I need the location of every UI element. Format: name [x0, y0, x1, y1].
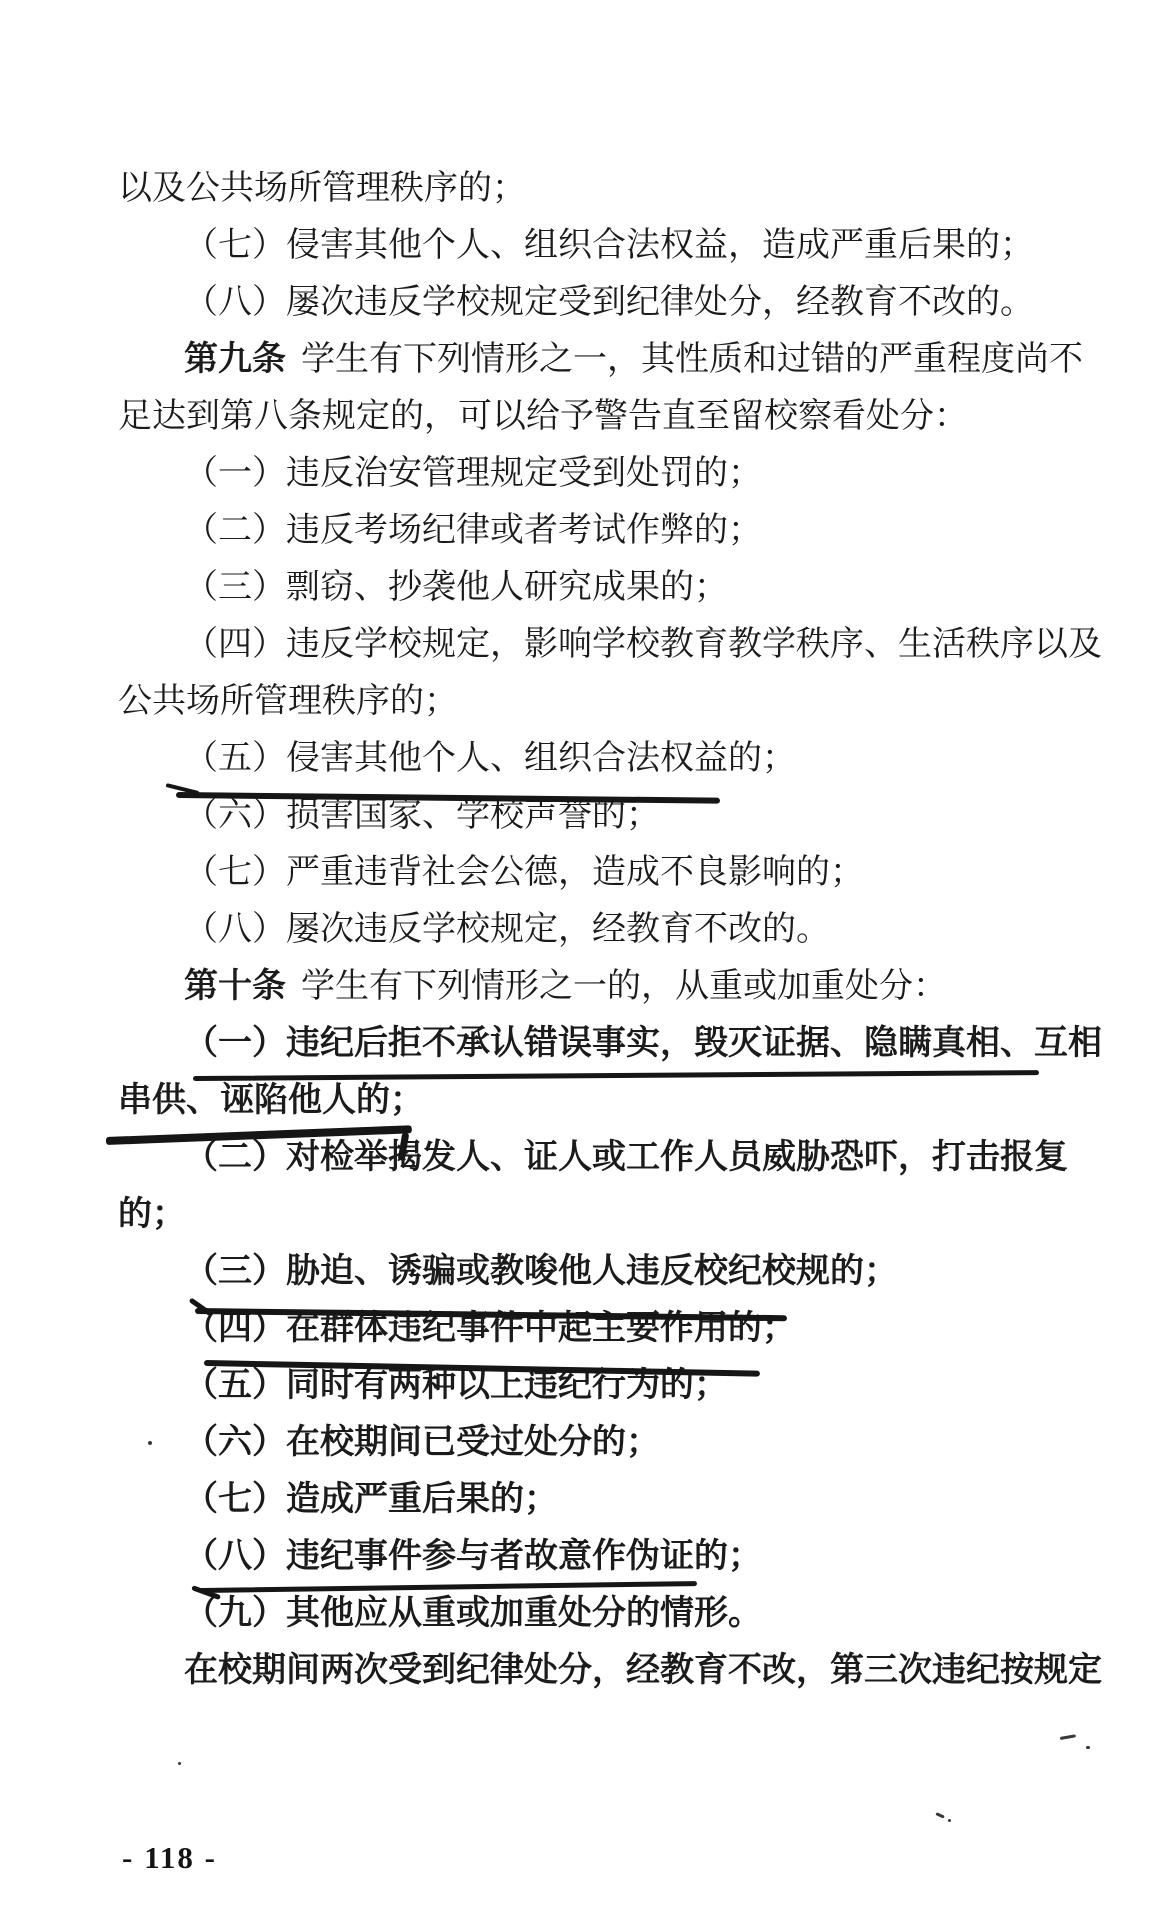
line-text: （二）对检举揭发人、证人或工作人员威胁恐吓，打击报复: [184, 1138, 1068, 1176]
line-text: 以及公共场所管理秩序的；: [118, 170, 526, 207]
line-text: （九）其他应从重或加重处分的情形。: [184, 1594, 762, 1632]
text-line: （一）违纪后拒不承认错误事实，毁灭证据、隐瞒真相、互相: [118, 1015, 1102, 1072]
line-text: （六）在校期间已受过处分的；: [184, 1423, 660, 1461]
text-line: 的；: [118, 1186, 186, 1243]
scan-speck: [178, 1762, 181, 1765]
line-text: 足达到第八条规定的，可以给予警告直至留校察看处分：: [118, 398, 968, 435]
text-line: 以及公共场所管理秩序的；: [118, 160, 526, 217]
article-number: 第九条: [184, 341, 286, 378]
article-number: 第十条: [184, 968, 286, 1005]
line-text: 在校期间两次受到纪律处分，经教育不改，第三次违纪按规定: [184, 1651, 1102, 1689]
scan-speck: [948, 1819, 951, 1822]
text-line: （一）违反治安管理规定受到处罚的；: [118, 445, 762, 502]
line-text: （二）违反考场纪律或者考试作弊的；: [184, 512, 762, 549]
line-text: （八）违纪事件参与者故意作伪证的；: [184, 1537, 762, 1575]
scan-speck: [1060, 1734, 1076, 1740]
text-line: （三）胁迫、诱骗或教唆他人违反校纪校规的；: [118, 1243, 898, 1300]
text-line: 第九条学生有下列情形之一，其性质和过错的严重程度尚不: [118, 331, 1083, 388]
line-text: （五）侵害其他个人、组织合法权益的；: [184, 740, 796, 777]
text-line: （七）侵害其他个人、组织合法权益，造成严重后果的；: [118, 217, 1034, 274]
line-text: 串供、诬陷他人的；: [118, 1081, 424, 1119]
scan-speck: [148, 1441, 152, 1445]
line-text: （七）侵害其他个人、组织合法权益，造成严重后果的；: [184, 227, 1034, 264]
line-text: （七）严重违背社会公德，造成不良影响的；: [184, 854, 864, 891]
line-text: （四）违反学校规定，影响学校教育教学秩序、生活秩序以及: [184, 626, 1102, 663]
line-text: （一）违反治安管理规定受到处罚的；: [184, 455, 762, 492]
text-line: （三）剽窃、抄袭他人研究成果的；: [118, 559, 728, 616]
scan-speck: [1086, 1746, 1090, 1749]
text-line: （六）在校期间已受过处分的；: [118, 1414, 660, 1471]
line-text: （三）胁迫、诱骗或教唆他人违反校纪校规的；: [184, 1252, 898, 1290]
page-number: - 118 -: [122, 1840, 217, 1876]
text-line: 第十条学生有下列情形之一的，从重或加重处分：: [118, 958, 947, 1015]
text-line: （八）违纪事件参与者故意作伪证的；: [118, 1528, 762, 1585]
line-text: 学生有下列情形之一的，从重或加重处分：: [301, 968, 947, 1005]
text-line: 足达到第八条规定的，可以给予警告直至留校察看处分：: [118, 388, 968, 445]
scanned-document-page: 以及公共场所管理秩序的；（七）侵害其他个人、组织合法权益，造成严重后果的；（八）…: [0, 0, 1155, 1920]
line-text: （六）损害国家、学校声誉的；: [184, 797, 660, 834]
line-text: （一）违纪后拒不承认错误事实，毁灭证据、隐瞒真相、互相: [184, 1024, 1102, 1062]
text-line: （五）侵害其他个人、组织合法权益的；: [118, 730, 796, 787]
line-text: 公共场所管理秩序的；: [118, 683, 458, 720]
line-text: （三）剽窃、抄袭他人研究成果的；: [184, 569, 728, 606]
text-line: 公共场所管理秩序的；: [118, 673, 458, 730]
line-text: 学生有下列情形之一，其性质和过错的严重程度尚不: [301, 341, 1083, 378]
text-line: 串供、诬陷他人的；: [118, 1072, 424, 1129]
text-line: （七）造成严重后果的；: [118, 1471, 558, 1528]
line-text: （八）屡次违反学校规定受到纪律处分，经教育不改的。: [184, 284, 1034, 321]
text-line: （四）违反学校规定，影响学校教育教学秩序、生活秩序以及: [118, 616, 1102, 673]
text-line: （二）违反考场纪律或者考试作弊的；: [118, 502, 762, 559]
text-line: （七）严重违背社会公德，造成不良影响的；: [118, 844, 864, 901]
line-text: 的；: [118, 1195, 186, 1233]
text-line: （八）屡次违反学校规定，经教育不改的。: [118, 901, 830, 958]
line-text: （七）造成严重后果的；: [184, 1480, 558, 1518]
text-line: 在校期间两次受到纪律处分，经教育不改，第三次违纪按规定: [118, 1642, 1102, 1699]
line-text: （八）屡次违反学校规定，经教育不改的。: [184, 911, 830, 948]
scan-speck: [935, 1812, 944, 1819]
text-line: （八）屡次违反学校规定受到纪律处分，经教育不改的。: [118, 274, 1034, 331]
